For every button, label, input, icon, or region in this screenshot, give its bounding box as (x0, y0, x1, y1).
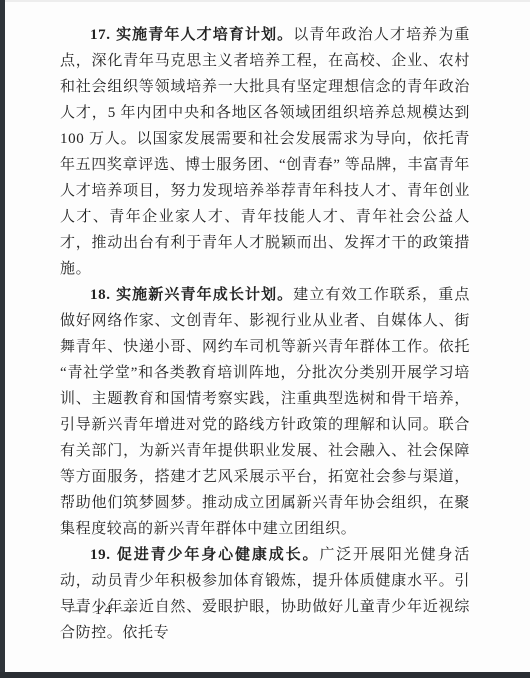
paragraph-18-number: 18. (90, 287, 111, 303)
scan-edge-left (0, 0, 5, 678)
paragraph-19-title: 促进青少年身心健康成长。 (116, 547, 320, 563)
paragraph-17-number: 17. (90, 27, 111, 43)
paragraph-17: 17.实施青年人才培育计划。以青年政治人才培养为重点，深化青年马克思主义者培养工… (60, 22, 470, 282)
paragraph-17-title: 实施青年人才培育计划。 (116, 27, 294, 43)
paragraph-18-body: 建立有效工作联系，重点做好网络作家、文创青年、影视行业从业者、自媒体人、街舞青年… (60, 287, 470, 537)
paragraph-18: 18.实施新兴青年成长计划。建立有效工作联系，重点做好网络作家、文创青年、影视行… (60, 282, 470, 542)
paragraph-18-title: 实施新兴青年成长计划。 (116, 287, 294, 303)
scanned-document-page: 17.实施青年人才培育计划。以青年政治人才培养为重点，深化青年马克思主义者培养工… (0, 0, 530, 678)
scan-edge-top (0, 0, 530, 2)
paragraph-17-body: 以青年政治人才培养为重点，深化青年马克思主义者培养工程，在高校、企业、农村和社会… (60, 27, 470, 277)
scan-edge-bottom (0, 672, 530, 678)
page-number: — 14 — (72, 602, 137, 618)
document-text-block: 17.实施青年人才培育计划。以青年政治人才培养为重点，深化青年马克思主义者培养工… (60, 22, 470, 646)
paragraph-19: 19.促进青少年身心健康成长。广泛开展阳光健身活动，动员青少年积极参加体育锻炼，… (60, 542, 470, 646)
paragraph-19-number: 19. (90, 547, 111, 563)
